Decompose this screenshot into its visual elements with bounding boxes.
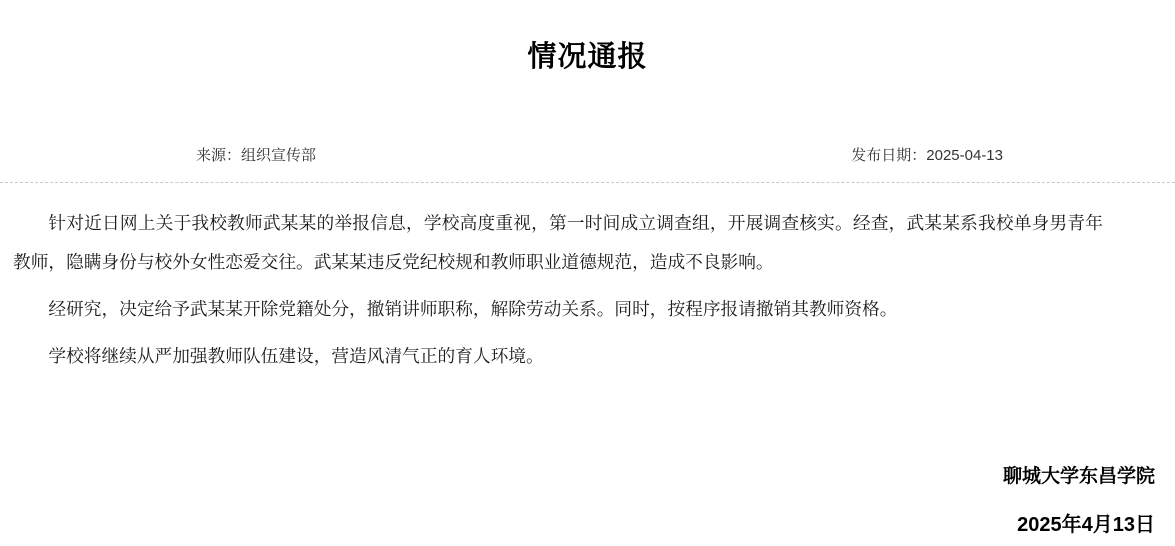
article-paragraph-3: 学校将继续从严加强教师队伍建设，营造风清气正的育人环境。 [13,337,1103,376]
article-paragraph-2: 经研究，决定给予武某某开除党籍处分，撤销讲师职称，解除劳动关系。同时，按程序报请… [13,290,1103,329]
article-body: 针对近日网上关于我校教师武某某的举报信息，学校高度重视，第一时间成立调查组，开展… [0,204,1103,376]
signature-block: 聊城大学东昌学院 2025年4月13日 [1003,464,1155,539]
signature-date: 2025年4月13日 [1003,511,1155,539]
signature-organization: 聊城大学东昌学院 [1003,464,1155,490]
meta-row: 来源：组织宣传部 发布日期：2025-04-13 [0,146,1175,166]
source-label: 来源：组织宣传部 [196,146,316,166]
page-title: 情况通报 [0,40,1175,74]
notice-page: 情况通报 来源：组织宣传部 发布日期：2025-04-13 针对近日网上关于我校… [0,0,1175,546]
article-paragraph-1: 针对近日网上关于我校教师武某某的举报信息，学校高度重视，第一时间成立调查组，开展… [13,204,1103,282]
publish-date-label: 发布日期：2025-04-13 [851,146,1003,166]
dashed-divider [0,182,1175,183]
